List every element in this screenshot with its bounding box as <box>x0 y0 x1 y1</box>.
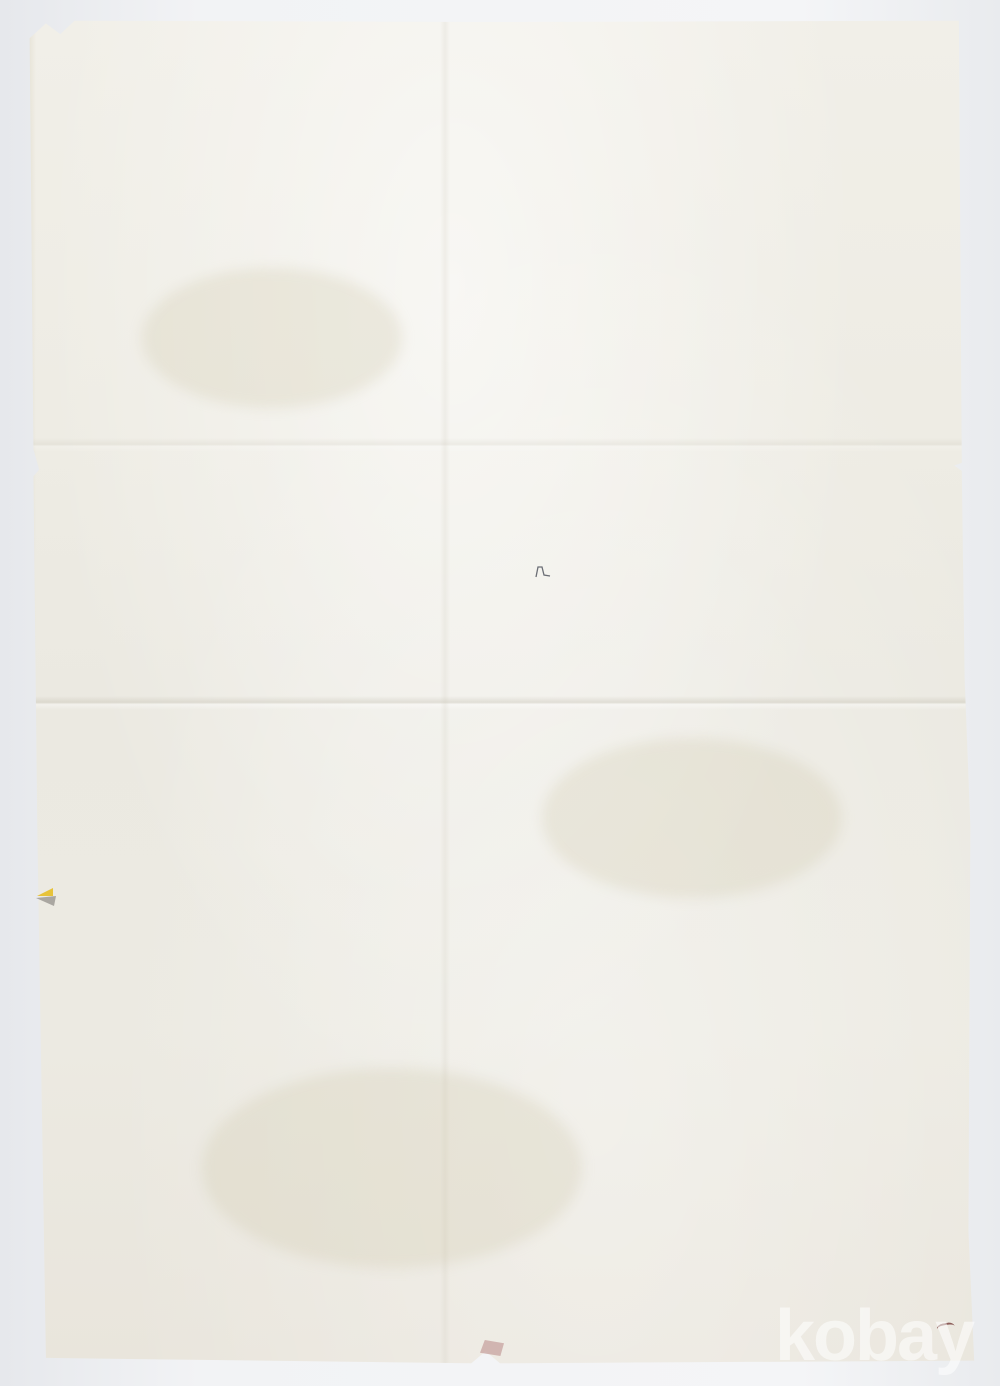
horizontal-fold <box>22 696 978 710</box>
kobay-watermark: kobay <box>775 1300 973 1372</box>
photo-scene: kobay <box>0 0 1000 1386</box>
pencil-mark-icon <box>530 563 554 581</box>
stain <box>202 1068 582 1268</box>
stain <box>542 738 842 898</box>
upper-fold <box>22 438 978 452</box>
stain <box>142 268 402 408</box>
paper-left-edge <box>22 18 36 1366</box>
paper-sheet <box>22 18 978 1366</box>
